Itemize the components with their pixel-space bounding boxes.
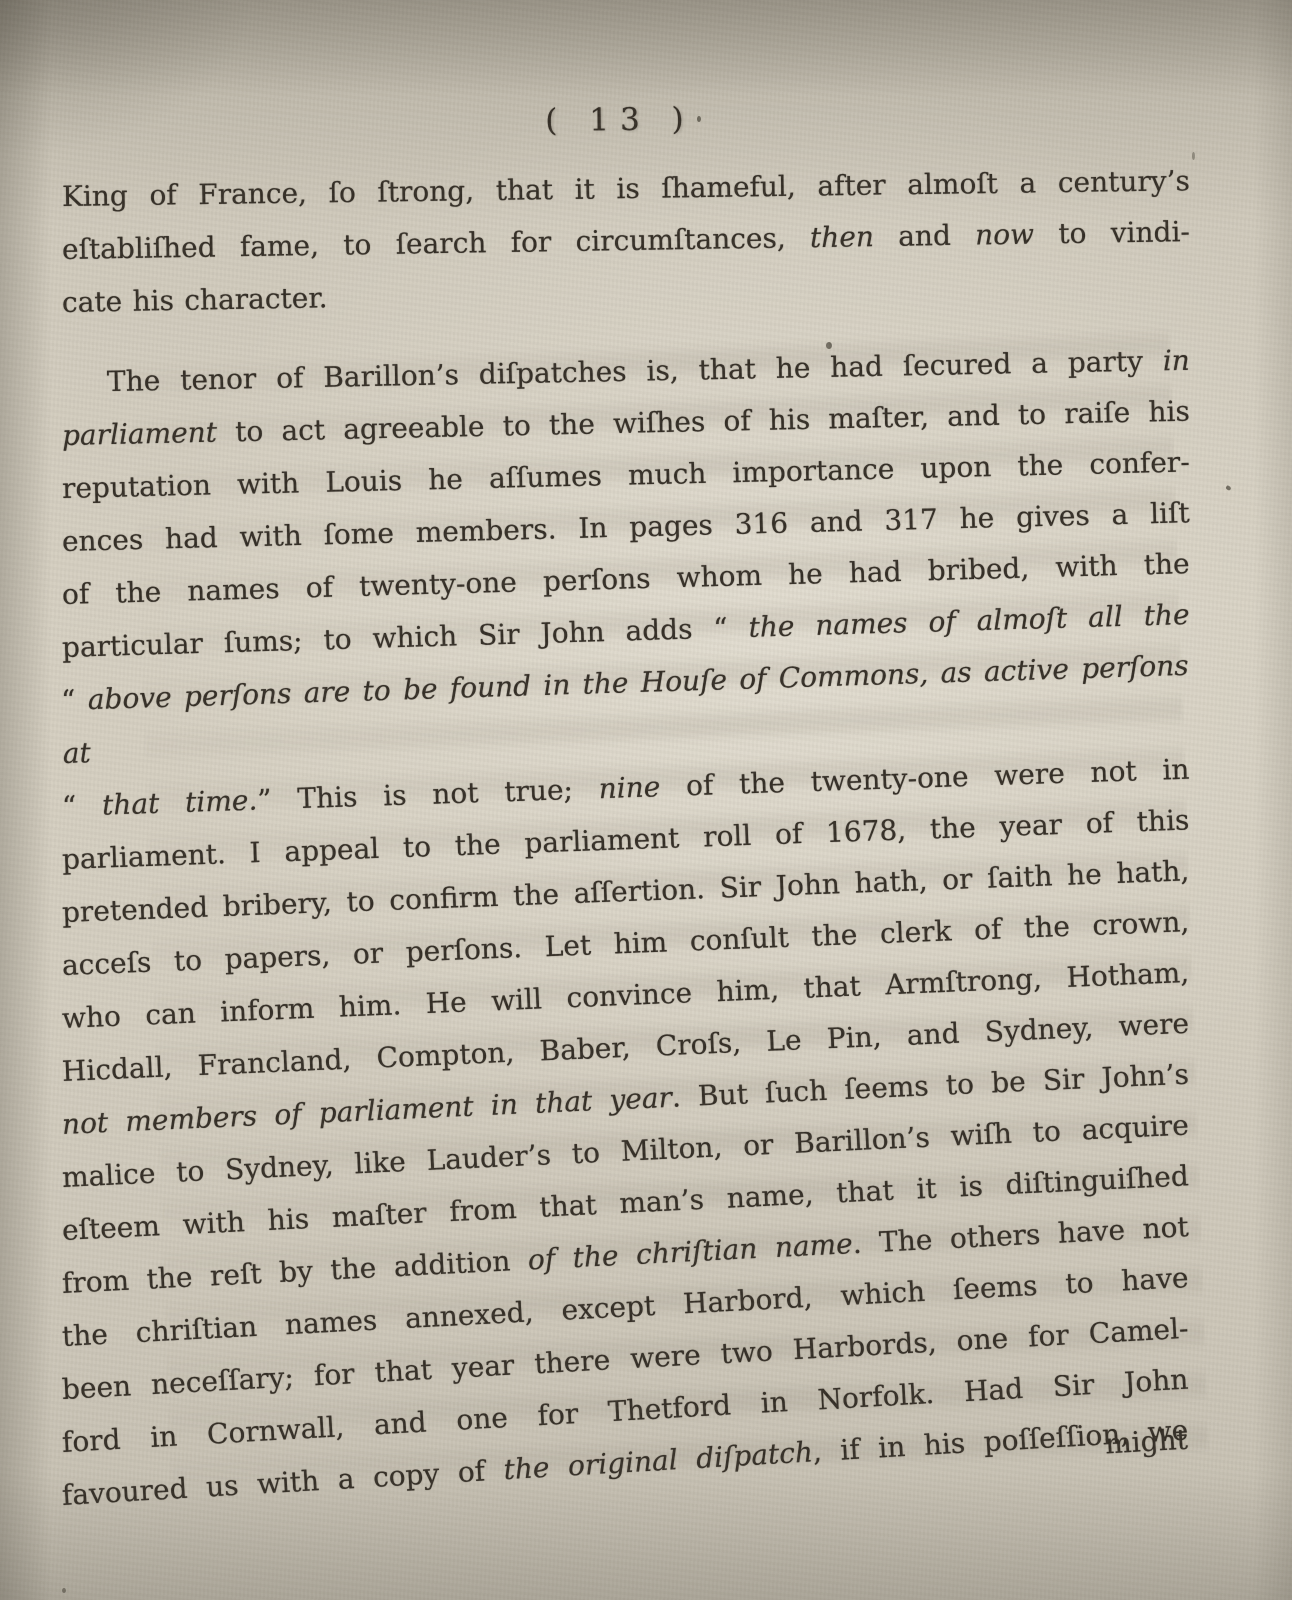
text-segment: cate his character. xyxy=(62,281,328,319)
emphasized-text: parliament xyxy=(62,416,218,452)
book-page-photo: ( 13 ) King of France, ſo ſtrong, that i… xyxy=(0,0,1292,1600)
text-segment: “ xyxy=(61,789,102,823)
text-segment: and xyxy=(874,218,976,253)
ink-speck xyxy=(1225,485,1231,491)
emphasized-text: then xyxy=(810,220,874,254)
page-number: ( 13 ) xyxy=(0,96,1240,145)
ink-speck xyxy=(1192,152,1195,160)
paragraph: King of France, ſo ſtrong, that it is ſh… xyxy=(62,170,1190,329)
paragraph: The tenor of Barillon’s diſpatches is, t… xyxy=(62,356,1190,1522)
emphasized-text: the names of almoſt all the xyxy=(748,598,1190,644)
text-column: King of France, ſo ſtrong, that it is ſh… xyxy=(62,170,1190,1549)
text-segment: eſtabliſhed fame, to ſearch for circumſt… xyxy=(62,221,811,266)
text-segment: ” This is not true; xyxy=(257,772,599,816)
emphasized-text: that time. xyxy=(102,784,258,822)
emphasized-text: the original diſpatch xyxy=(503,1435,814,1486)
text-segment: “ xyxy=(61,683,89,717)
emphasized-text: in xyxy=(1162,344,1190,378)
emphasized-text: of the chriſtian name xyxy=(527,1227,853,1276)
text-segment: to vindi- xyxy=(1034,215,1190,250)
catchword: might xyxy=(1104,1421,1226,1461)
ink-speck xyxy=(62,1588,66,1593)
text-segment: King of France, ſo ſtrong, that it is ſh… xyxy=(62,164,1190,213)
emphasized-text: nine xyxy=(598,770,661,805)
emphasized-text: now xyxy=(975,218,1034,252)
